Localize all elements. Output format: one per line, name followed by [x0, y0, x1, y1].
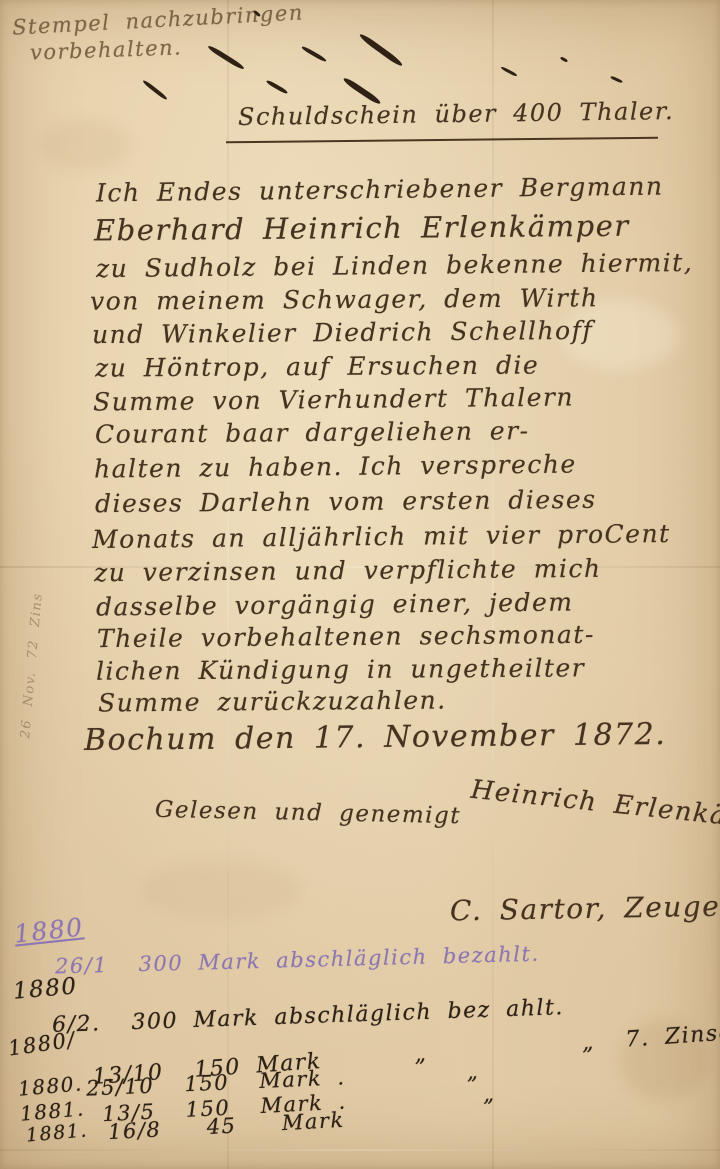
payment-year: 1880	[12, 973, 79, 1005]
body-line: Summe zurückzuzahlen.	[98, 685, 447, 717]
title-underline	[226, 137, 658, 144]
body-line: zu Höntrop, auf Ersuchen die	[95, 350, 539, 382]
scanned-document-page: Stempel nachzubringen vorbehalten. Schul…	[0, 0, 720, 1169]
body-line: von meinem Schwager, dem Wirth	[90, 283, 599, 316]
body-line: Courant baar dargeliehen er-	[95, 416, 530, 449]
witness-signature: C. Sartor, Zeuge	[450, 890, 720, 928]
margin-note: 26 Nov. 72 Zins	[16, 565, 48, 766]
paper-stain	[40, 120, 130, 170]
pen-flourish-stroke	[500, 66, 517, 77]
payment-year: 1881.	[25, 1119, 89, 1146]
body-line: zu Sudholz bei Linden bekenne hiermit,	[96, 248, 694, 283]
body-line: dieses Darlehn vom ersten dieses	[95, 485, 597, 518]
pen-flourish-stroke	[610, 75, 623, 83]
body-line: Theile vorbehaltenen sechsmonat-	[97, 620, 595, 653]
payment-entry: 6/2. 300 Mark abschläglich bez ahlt.	[52, 995, 565, 1038]
body-line: Ich Endes unterschriebener Bergmann	[96, 172, 664, 208]
paper-stain	[140, 860, 300, 920]
body-line: halten zu haben. Ich verspreche	[94, 449, 577, 483]
debtor-signature: Heinrich Erlenkämper	[469, 775, 720, 840]
payment-entry: 26/1 300 Mark abschläglich bezahlt.	[55, 942, 540, 979]
pen-flourish-stroke	[358, 32, 404, 67]
body-line: zu verzinsen und verpflichte mich	[94, 554, 602, 587]
body-line: Summe von Vierhundert Thalern	[93, 382, 574, 416]
payment-year: 1880	[13, 912, 85, 948]
body-line: dasselbe vorgängig einer, jedem	[96, 588, 574, 622]
body-line: lichen Kündigung in ungetheilter	[96, 653, 585, 685]
approval-text: Gelesen und genemigt	[155, 797, 462, 829]
pen-flourish-stroke	[301, 45, 327, 62]
corner-note-line1: Stempel nachzubringen	[12, 0, 305, 39]
document-title: Schuldschein über 400 Thaler.	[238, 97, 675, 131]
pen-flourish-stroke	[207, 44, 245, 70]
date-line: Bochum den 17. November 1872.	[84, 717, 667, 758]
body-line: Eberhard Heinrich Erlenkämper	[94, 209, 630, 248]
body-line: Monats an alljährlich mit vier proCent	[92, 519, 671, 554]
horizontal-fold-crease-bottom	[0, 1149, 720, 1151]
corner-note-line2: vorbehalten.	[30, 35, 183, 64]
pen-flourish-stroke	[142, 79, 168, 101]
payment-year: 1880/	[7, 1027, 78, 1060]
pen-flourish-stroke	[266, 79, 289, 94]
body-line: und Winkelier Diedrich Schellhoff	[92, 316, 593, 349]
pen-flourish-stroke	[560, 56, 568, 63]
